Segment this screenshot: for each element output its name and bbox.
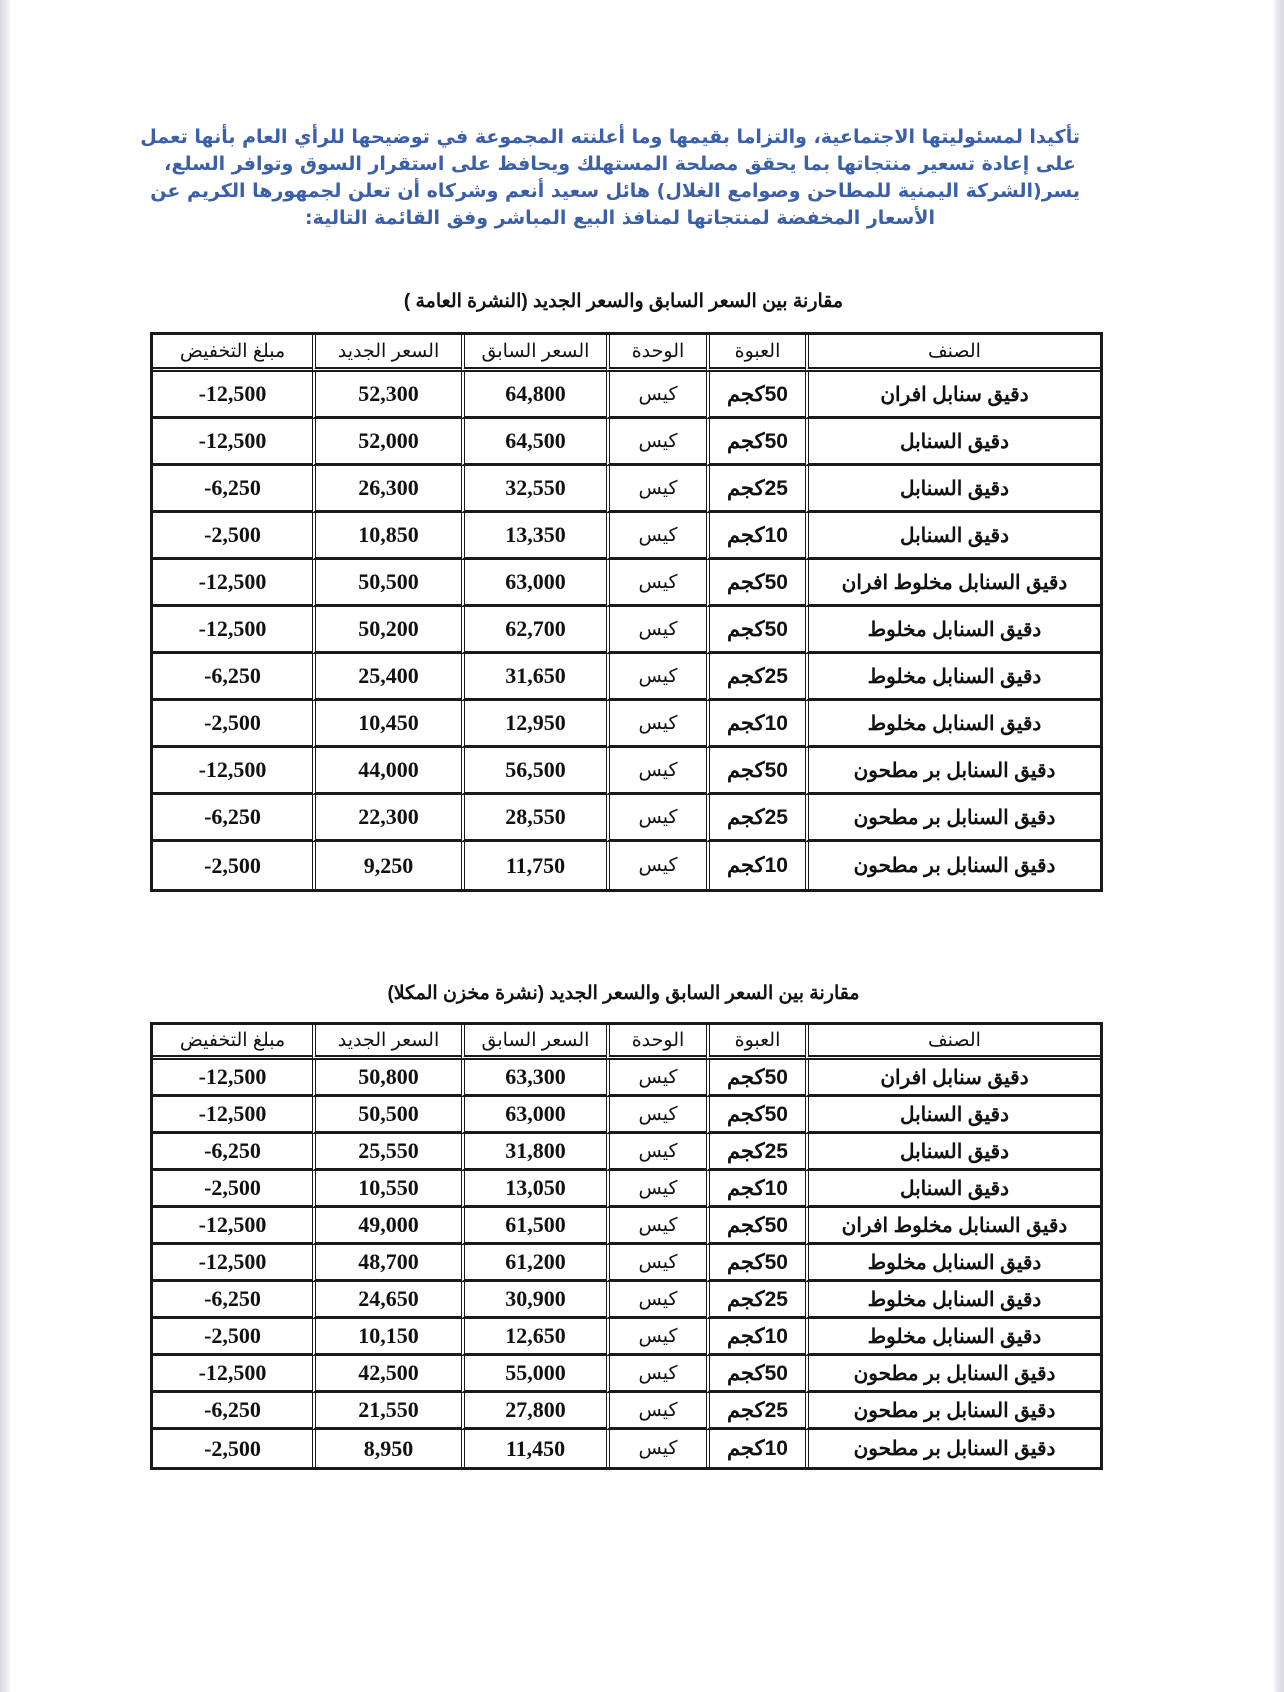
discount-cell: -2,500	[153, 842, 312, 889]
unit-cell: كيس	[606, 513, 706, 560]
item-cell: دقيق السنابل بر مطحون	[805, 795, 1100, 842]
new-price-cell: 10,850	[312, 513, 461, 560]
discount-cell: -12,500	[153, 372, 312, 419]
intro-line: تأكيدا لمسئوليتها الاجتماعية، والتزاما ب…	[160, 124, 1080, 151]
item-cell: دقيق السنابل بر مطحون	[805, 1393, 1100, 1430]
table-row: دقيق السنابل بر مطحون25كجمكيس27,80021,55…	[153, 1393, 1100, 1430]
new-price-cell: 10,150	[312, 1319, 461, 1356]
pack-cell: 10كجم	[706, 701, 805, 748]
discount-cell: -12,500	[153, 1356, 312, 1393]
column-header-pack: العبوة	[706, 1025, 805, 1060]
new-price-cell: 10,550	[312, 1171, 461, 1208]
table-row: دقيق السنابل50كجمكيس64,50052,000-12,500	[153, 419, 1100, 466]
item-cell: دقيق السنابل بر مطحون	[805, 1356, 1100, 1393]
column-header-old-price: السعر السابق	[461, 335, 606, 372]
table-row: دقيق السنابل بر مطحون25كجمكيس28,55022,30…	[153, 795, 1100, 842]
table-row: دقيق سنابل افران50كجمكيس64,80052,300-12,…	[153, 372, 1100, 419]
discount-cell: -2,500	[153, 1430, 312, 1467]
item-cell: دقيق السنابل مخلوط	[805, 607, 1100, 654]
unit-cell: كيس	[606, 372, 706, 419]
pack-cell: 10كجم	[706, 1430, 805, 1467]
discount-cell: -6,250	[153, 1134, 312, 1171]
new-price-cell: 48,700	[312, 1245, 461, 1282]
table-row: دقيق السنابل50كجمكيس63,00050,500-12,500	[153, 1097, 1100, 1134]
page-edge-left	[0, 0, 10, 1692]
old-price-cell: 13,050	[461, 1171, 606, 1208]
item-cell: دقيق السنابل	[805, 1134, 1100, 1171]
new-price-cell: 44,000	[312, 748, 461, 795]
unit-cell: كيس	[606, 1134, 706, 1171]
intro-line: على إعادة تسعير منتجاتها بما يحقق مصلحة …	[160, 151, 1080, 178]
table-row: دقيق السنابل مخلوط افران50كجمكيس61,50049…	[153, 1208, 1100, 1245]
intro-paragraph: تأكيدا لمسئوليتها الاجتماعية، والتزاما ب…	[160, 124, 1080, 232]
discount-cell: -2,500	[153, 1171, 312, 1208]
new-price-cell: 25,550	[312, 1134, 461, 1171]
intro-line: الأسعار المخفضة لمنتجاتها لمنافذ البيع ا…	[160, 205, 1080, 232]
column-header-unit: الوحدة	[606, 335, 706, 372]
table-header-row: الصنفالعبوةالوحدةالسعر السابقالسعر الجدي…	[153, 335, 1100, 372]
new-price-cell: 52,000	[312, 419, 461, 466]
old-price-cell: 13,350	[461, 513, 606, 560]
new-price-cell: 50,800	[312, 1060, 461, 1097]
pack-cell: 50كجم	[706, 1356, 805, 1393]
new-price-cell: 50,500	[312, 560, 461, 607]
old-price-cell: 12,650	[461, 1319, 606, 1356]
old-price-cell: 61,200	[461, 1245, 606, 1282]
unit-cell: كيس	[606, 1282, 706, 1319]
unit-cell: كيس	[606, 560, 706, 607]
discount-cell: -6,250	[153, 466, 312, 513]
discount-cell: -2,500	[153, 1319, 312, 1356]
discount-cell: -12,500	[153, 607, 312, 654]
pack-cell: 25كجم	[706, 654, 805, 701]
new-price-cell: 50,200	[312, 607, 461, 654]
pack-cell: 10كجم	[706, 1319, 805, 1356]
old-price-cell: 56,500	[461, 748, 606, 795]
new-price-cell: 24,650	[312, 1282, 461, 1319]
old-price-cell: 11,750	[461, 842, 606, 889]
item-cell: دقيق السنابل مخلوط	[805, 1319, 1100, 1356]
pack-cell: 50كجم	[706, 372, 805, 419]
pack-cell: 50كجم	[706, 419, 805, 466]
pack-cell: 25كجم	[706, 466, 805, 513]
old-price-cell: 11,450	[461, 1430, 606, 1467]
pack-cell: 50كجم	[706, 1060, 805, 1097]
new-price-cell: 10,450	[312, 701, 461, 748]
column-header-new-price: السعر الجديد	[312, 1025, 461, 1060]
old-price-cell: 32,550	[461, 466, 606, 513]
table-row: دقيق السنابل مخلوط10كجمكيس12,65010,150-2…	[153, 1319, 1100, 1356]
item-cell: دقيق السنابل مخلوط	[805, 1245, 1100, 1282]
item-cell: دقيق السنابل مخلوط افران	[805, 560, 1100, 607]
table-title-mukalla: مقارنة بين السعر السابق والسعر الجديد (ن…	[150, 982, 1097, 1005]
unit-cell: كيس	[606, 1319, 706, 1356]
item-cell: دقيق السنابل مخلوط افران	[805, 1208, 1100, 1245]
unit-cell: كيس	[606, 654, 706, 701]
pack-cell: 25كجم	[706, 1393, 805, 1430]
new-price-cell: 50,500	[312, 1097, 461, 1134]
table-row: دقيق السنابل بر مطحون50كجمكيس55,00042,50…	[153, 1356, 1100, 1393]
unit-cell: كيس	[606, 1171, 706, 1208]
unit-cell: كيس	[606, 1356, 706, 1393]
pack-cell: 50كجم	[706, 1097, 805, 1134]
new-price-cell: 8,950	[312, 1430, 461, 1467]
new-price-cell: 52,300	[312, 372, 461, 419]
new-price-cell: 9,250	[312, 842, 461, 889]
item-cell: دقيق السنابل مخلوط	[805, 1282, 1100, 1319]
discount-cell: -6,250	[153, 1393, 312, 1430]
intro-line: يسر(الشركة اليمنية للمطاحن وصوامع الغلال…	[160, 178, 1080, 205]
discount-cell: -2,500	[153, 513, 312, 560]
discount-cell: -6,250	[153, 1282, 312, 1319]
column-header-item: الصنف	[805, 1025, 1100, 1060]
table-row: دقيق السنابل بر مطحون10كجمكيس11,4508,950…	[153, 1430, 1100, 1467]
item-cell: دقيق السنابل بر مطحون	[805, 748, 1100, 795]
old-price-cell: 31,650	[461, 654, 606, 701]
discount-cell: -12,500	[153, 1245, 312, 1282]
unit-cell: كيس	[606, 1245, 706, 1282]
pack-cell: 25كجم	[706, 1282, 805, 1319]
discount-cell: -6,250	[153, 795, 312, 842]
table-row: دقيق السنابل25كجمكيس32,55026,300-6,250	[153, 466, 1100, 513]
item-cell: دقيق السنابل مخلوط	[805, 654, 1100, 701]
old-price-cell: 28,550	[461, 795, 606, 842]
pack-cell: 50كجم	[706, 1208, 805, 1245]
column-header-discount: مبلغ التخفيض	[153, 335, 312, 372]
old-price-cell: 12,950	[461, 701, 606, 748]
item-cell: دقيق سنابل افران	[805, 372, 1100, 419]
unit-cell: كيس	[606, 1208, 706, 1245]
pack-cell: 25كجم	[706, 1134, 805, 1171]
price-table-general: الصنفالعبوةالوحدةالسعر السابقالسعر الجدي…	[150, 332, 1103, 892]
new-price-cell: 42,500	[312, 1356, 461, 1393]
unit-cell: كيس	[606, 1097, 706, 1134]
column-header-old-price: السعر السابق	[461, 1025, 606, 1060]
discount-cell: -6,250	[153, 654, 312, 701]
table-row: دقيق السنابل مخلوط10كجمكيس12,95010,450-2…	[153, 701, 1100, 748]
item-cell: دقيق السنابل	[805, 513, 1100, 560]
table-row: دقيق السنابل10كجمكيس13,35010,850-2,500	[153, 513, 1100, 560]
unit-cell: كيس	[606, 701, 706, 748]
unit-cell: كيس	[606, 466, 706, 513]
discount-cell: -12,500	[153, 1097, 312, 1134]
column-header-pack: العبوة	[706, 335, 805, 372]
pack-cell: 50كجم	[706, 748, 805, 795]
discount-cell: -12,500	[153, 1208, 312, 1245]
table-row: دقيق السنابل مخلوط25كجمكيس30,90024,650-6…	[153, 1282, 1100, 1319]
discount-cell: -12,500	[153, 1060, 312, 1097]
unit-cell: كيس	[606, 607, 706, 654]
table-row: دقيق السنابل مخلوط افران50كجمكيس63,00050…	[153, 560, 1100, 607]
pack-cell: 10كجم	[706, 842, 805, 889]
discount-cell: -12,500	[153, 419, 312, 466]
unit-cell: كيس	[606, 795, 706, 842]
old-price-cell: 64,800	[461, 372, 606, 419]
old-price-cell: 63,000	[461, 1097, 606, 1134]
item-cell: دقيق السنابل	[805, 419, 1100, 466]
pack-cell: 10كجم	[706, 1171, 805, 1208]
table-row: دقيق السنابل بر مطحون10كجمكيس11,7509,250…	[153, 842, 1100, 889]
old-price-cell: 63,300	[461, 1060, 606, 1097]
old-price-cell: 30,900	[461, 1282, 606, 1319]
item-cell: دقيق سنابل افران	[805, 1060, 1100, 1097]
pack-cell: 50كجم	[706, 607, 805, 654]
pack-cell: 50كجم	[706, 1245, 805, 1282]
old-price-cell: 63,000	[461, 560, 606, 607]
unit-cell: كيس	[606, 1430, 706, 1467]
price-table-mukalla: الصنفالعبوةالوحدةالسعر السابقالسعر الجدي…	[150, 1022, 1103, 1470]
column-header-new-price: السعر الجديد	[312, 335, 461, 372]
old-price-cell: 27,800	[461, 1393, 606, 1430]
unit-cell: كيس	[606, 1393, 706, 1430]
item-cell: دقيق السنابل بر مطحون	[805, 1430, 1100, 1467]
old-price-cell: 64,500	[461, 419, 606, 466]
table-row: دقيق السنابل10كجمكيس13,05010,550-2,500	[153, 1171, 1100, 1208]
table-row: دقيق السنابل مخلوط50كجمكيس61,20048,700-1…	[153, 1245, 1100, 1282]
pack-cell: 10كجم	[706, 513, 805, 560]
item-cell: دقيق السنابل	[805, 1171, 1100, 1208]
new-price-cell: 49,000	[312, 1208, 461, 1245]
column-header-unit: الوحدة	[606, 1025, 706, 1060]
unit-cell: كيس	[606, 1060, 706, 1097]
table-row: دقيق السنابل25كجمكيس31,80025,550-6,250	[153, 1134, 1100, 1171]
new-price-cell: 26,300	[312, 466, 461, 513]
pack-cell: 50كجم	[706, 560, 805, 607]
page-edge-right	[1274, 0, 1284, 1692]
new-price-cell: 22,300	[312, 795, 461, 842]
column-header-discount: مبلغ التخفيض	[153, 1025, 312, 1060]
unit-cell: كيس	[606, 419, 706, 466]
old-price-cell: 61,500	[461, 1208, 606, 1245]
table-title-general: مقارنة بين السعر السابق والسعر الجديد (ا…	[150, 290, 1097, 313]
table-header-row: الصنفالعبوةالوحدةالسعر السابقالسعر الجدي…	[153, 1025, 1100, 1060]
old-price-cell: 31,800	[461, 1134, 606, 1171]
table-row: دقيق السنابل بر مطحون50كجمكيس56,50044,00…	[153, 748, 1100, 795]
pack-cell: 25كجم	[706, 795, 805, 842]
table-row: دقيق سنابل افران50كجمكيس63,30050,800-12,…	[153, 1060, 1100, 1097]
unit-cell: كيس	[606, 748, 706, 795]
item-cell: دقيق السنابل مخلوط	[805, 701, 1100, 748]
discount-cell: -12,500	[153, 560, 312, 607]
table-row: دقيق السنابل مخلوط50كجمكيس62,70050,200-1…	[153, 607, 1100, 654]
old-price-cell: 62,700	[461, 607, 606, 654]
discount-cell: -12,500	[153, 748, 312, 795]
new-price-cell: 25,400	[312, 654, 461, 701]
discount-cell: -2,500	[153, 701, 312, 748]
table-row: دقيق السنابل مخلوط25كجمكيس31,65025,400-6…	[153, 654, 1100, 701]
new-price-cell: 21,550	[312, 1393, 461, 1430]
old-price-cell: 55,000	[461, 1356, 606, 1393]
column-header-item: الصنف	[805, 335, 1100, 372]
item-cell: دقيق السنابل بر مطحون	[805, 842, 1100, 889]
item-cell: دقيق السنابل	[805, 466, 1100, 513]
unit-cell: كيس	[606, 842, 706, 889]
item-cell: دقيق السنابل	[805, 1097, 1100, 1134]
